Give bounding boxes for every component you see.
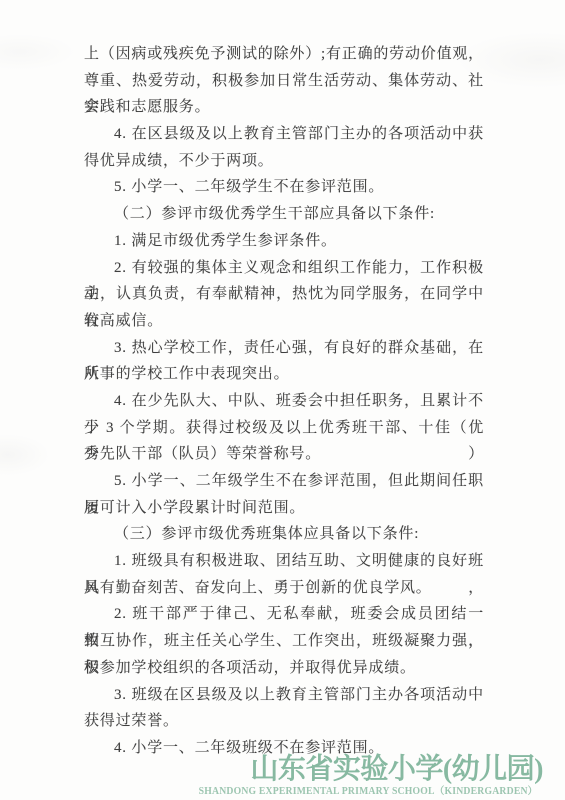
watermark-english-title: SHANDONG EXPERIMENTAL PRIMARY SCHOOL（KIN…	[198, 785, 543, 798]
text-line: 相互协作，班主任关心学生、工作突出，班级凝聚力强，积	[84, 628, 484, 655]
document-lines: 上（因病或残疾免予测试的除外）;有正确的劳动价值观，尊重、热爱劳动，积极参加日常…	[84, 41, 484, 762]
text-line: 具有勤奋刻苦、奋发向上、勇于创新的优良学风。	[84, 575, 484, 602]
text-line: 尊重、热爱劳动，积极参加日常生活劳动、集体劳动、社会	[84, 68, 484, 95]
text-line: 2. 有较强的集体主义观念和组织工作能力，工作积极主	[84, 255, 484, 282]
text-line: 从事的学校工作中表现突出。	[84, 361, 484, 388]
text-line: 1. 满足市级优秀学生参评条件。	[84, 228, 484, 255]
text-line: 较高威信。	[84, 308, 484, 335]
text-line: 上（因病或残疾免予测试的除外）;有正确的劳动价值观，	[84, 41, 484, 68]
text-line: 动，认真负责，有奉献精神，热忱为同学服务，在同学中有	[84, 281, 484, 308]
text-line: 获得过荣誉。	[84, 708, 484, 735]
text-line: 5. 小学一、二年级学生不在参评范围，但此期间任职履	[84, 468, 484, 495]
watermark-chinese-title: 山东省实验小学(幼儿园)	[188, 755, 543, 786]
text-line: 于 3 个学期。获得过校级及以上优秀班干部、十佳（优秀）	[84, 415, 484, 442]
text-line: 1. 班级具有积极进取、团结互助、文明健康的良好班风，	[84, 548, 484, 575]
text-line: （二）参评市级优秀学生干部应具备以下条件:	[84, 201, 484, 228]
text-line: 5. 小学一、二年级学生不在参评范围。	[84, 174, 484, 201]
document-page: 上（因病或残疾免予测试的除外）;有正确的劳动价值观，尊重、热爱劳动，积极参加日常…	[0, 0, 565, 800]
text-line: 实践和志愿服务。	[84, 94, 484, 121]
text-line: 历可计入小学段累计时间范围。	[84, 495, 484, 522]
text-line: （三）参评市级优秀班集体应具备以下条件:	[84, 521, 484, 548]
school-watermark: 山东省实验小学(幼儿园) SHANDONG EXPERIMENTAL PRIMA…	[188, 755, 543, 798]
text-line: 2. 班干部严于律己、无私奉献，班委会成员团结一致，	[84, 601, 484, 628]
text-line: 4. 在少先队大、中队、班委会中担任职务，且累计不少	[84, 388, 484, 415]
text-line: 3. 班级在区县级及以上教育主管部门主办各项活动中	[84, 682, 484, 709]
text-line: 极参加学校组织的各项活动，并取得优异成绩。	[84, 655, 484, 682]
text-line: 3. 热心学校工作，责任心强，有良好的群众基础，在所	[84, 335, 484, 362]
text-line: 4. 在区县级及以上教育主管部门主办的各项活动中获	[84, 121, 484, 148]
text-line: 得优异成绩，不少于两项。	[84, 148, 484, 175]
